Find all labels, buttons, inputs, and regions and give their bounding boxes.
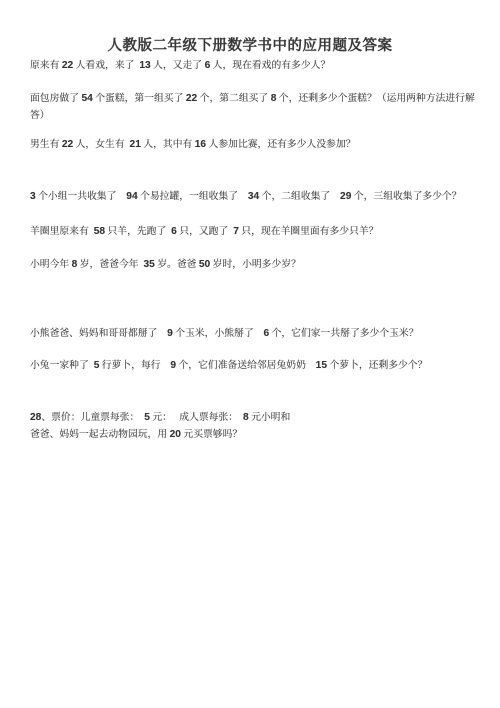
problem-8: 小兔一家种了 5 行萝卜，每行 9 个，它们准备送给邻居兔奶奶 15 个萝卜，还…: [30, 358, 488, 375]
problem-7: 小熊爸爸、妈妈和哥哥都掰了 9 个玉米，小熊掰了 6 个，它们家一共掰了多少个玉…: [30, 326, 488, 343]
problem-3: 男生有 22 人，女生有 21 人，其中有 16 人参加比赛，还有多少人没参加？: [30, 137, 488, 154]
problem-9: 28、票价：儿童票每张： 5 元： 成人票每张： 8 元小明和 爸爸、妈妈一起去…: [30, 410, 488, 443]
problem-4: 3 个小组一共收集了 94 个易拉罐，一组收集了 34 个，二组收集了 29 个…: [30, 189, 488, 206]
document-page: 人教版二年级下册数学书中的应用题及答案 原来有 22 人看戏，来了 13 人，又…: [0, 0, 500, 708]
page-title: 人教版二年级下册数学书中的应用题及答案: [0, 34, 500, 55]
problem-1: 原来有 22 人看戏，来了 13 人，又走了 6 人，现在看戏的有多少人？: [30, 58, 488, 75]
problem-2: 面包房做了 54 个蛋糕，第一组买了 22 个，第二组买了 8 个，还剩多少个蛋…: [30, 91, 488, 124]
problem-6: 小明今年 8 岁，爸爸今年 35 岁。爸爸 50 岁时，小明多少岁？: [30, 257, 488, 274]
problem-5: 羊圈里原来有 58 只羊，先跑了 6 只，又跑了 7 只，现在羊圈里面有多少只羊…: [30, 224, 488, 241]
